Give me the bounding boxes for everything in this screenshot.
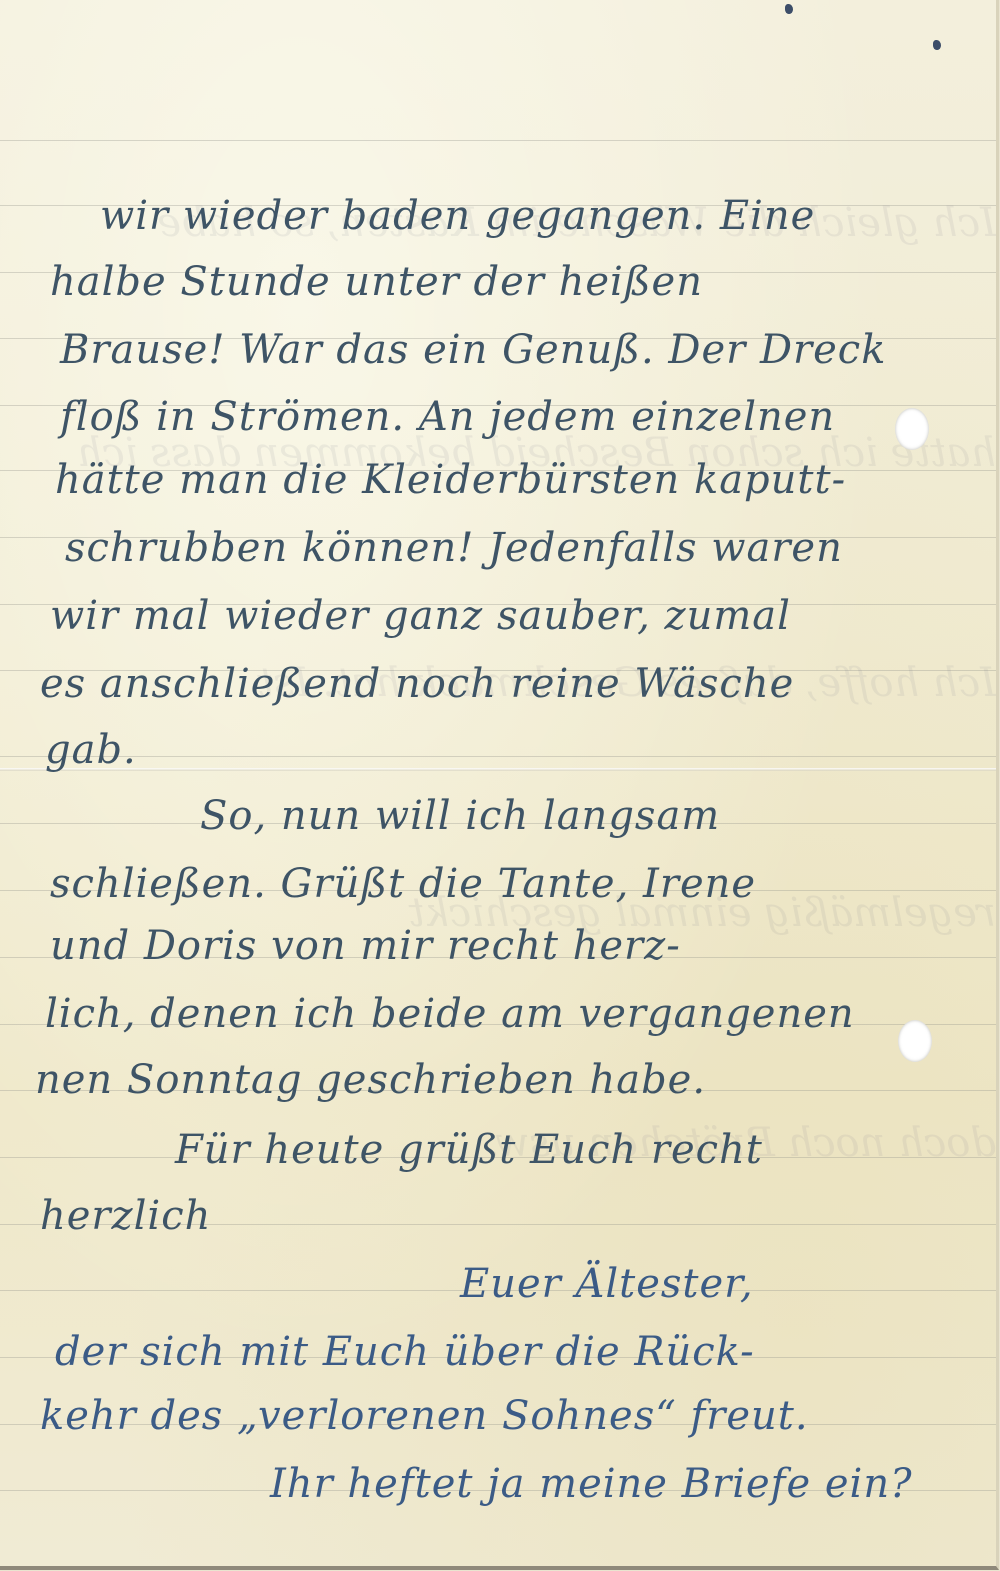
handwritten-line: lich, denen ich beide am vergangenen (45, 994, 855, 1034)
ruled-line (0, 140, 996, 141)
handwritten-line: wir mal wieder ganz sauber, zumal (50, 596, 791, 636)
handwritten-line: es anschließend noch reine Wäsche (40, 664, 794, 704)
handwritten-line: Euer Ältester, (460, 1264, 754, 1304)
ruled-line (0, 756, 996, 757)
handwritten-line: floß in Strömen. An jedem einzelnen (60, 397, 835, 437)
handwritten-line: kehr des „verlorenen Sohnes“ freut. (40, 1396, 809, 1436)
handwritten-line: halbe Stunde unter der heißen (50, 262, 703, 302)
handwritten-line: hätte man die Kleiderbürsten kaputt- (55, 460, 846, 500)
handwritten-line: schrubben können! Jedenfalls waren (65, 528, 843, 568)
handwritten-line: Für heute grüßt Euch recht (175, 1130, 763, 1170)
handwritten-line: wir wieder baden gegangen. Eine (100, 196, 815, 236)
handwritten-line: nen Sonntag geschrieben habe. (35, 1060, 706, 1100)
handwritten-line: So, nun will ich langsam (200, 796, 720, 836)
handwritten-line: herzlich (40, 1196, 211, 1236)
punch-hole (895, 408, 929, 450)
fold-crease (0, 768, 996, 771)
letter-page: Ich gleich die Wäsche im Kasten, so habe… (0, 0, 999, 1570)
handwritten-line: gab. (45, 730, 137, 770)
handwritten-line: und Doris von mir recht herz- (50, 926, 681, 966)
handwritten-line: der sich mit Euch über die Rück- (55, 1332, 755, 1372)
ink-speck (785, 4, 793, 14)
punch-hole (898, 1020, 932, 1062)
handwritten-line: Brause! War das ein Genuß. Der Dreck (60, 330, 886, 370)
handwritten-line: Ihr heftet ja meine Briefe ein? (270, 1464, 913, 1504)
ink-speck (933, 40, 941, 50)
handwritten-line: schließen. Grüßt die Tante, Irene (50, 864, 756, 904)
